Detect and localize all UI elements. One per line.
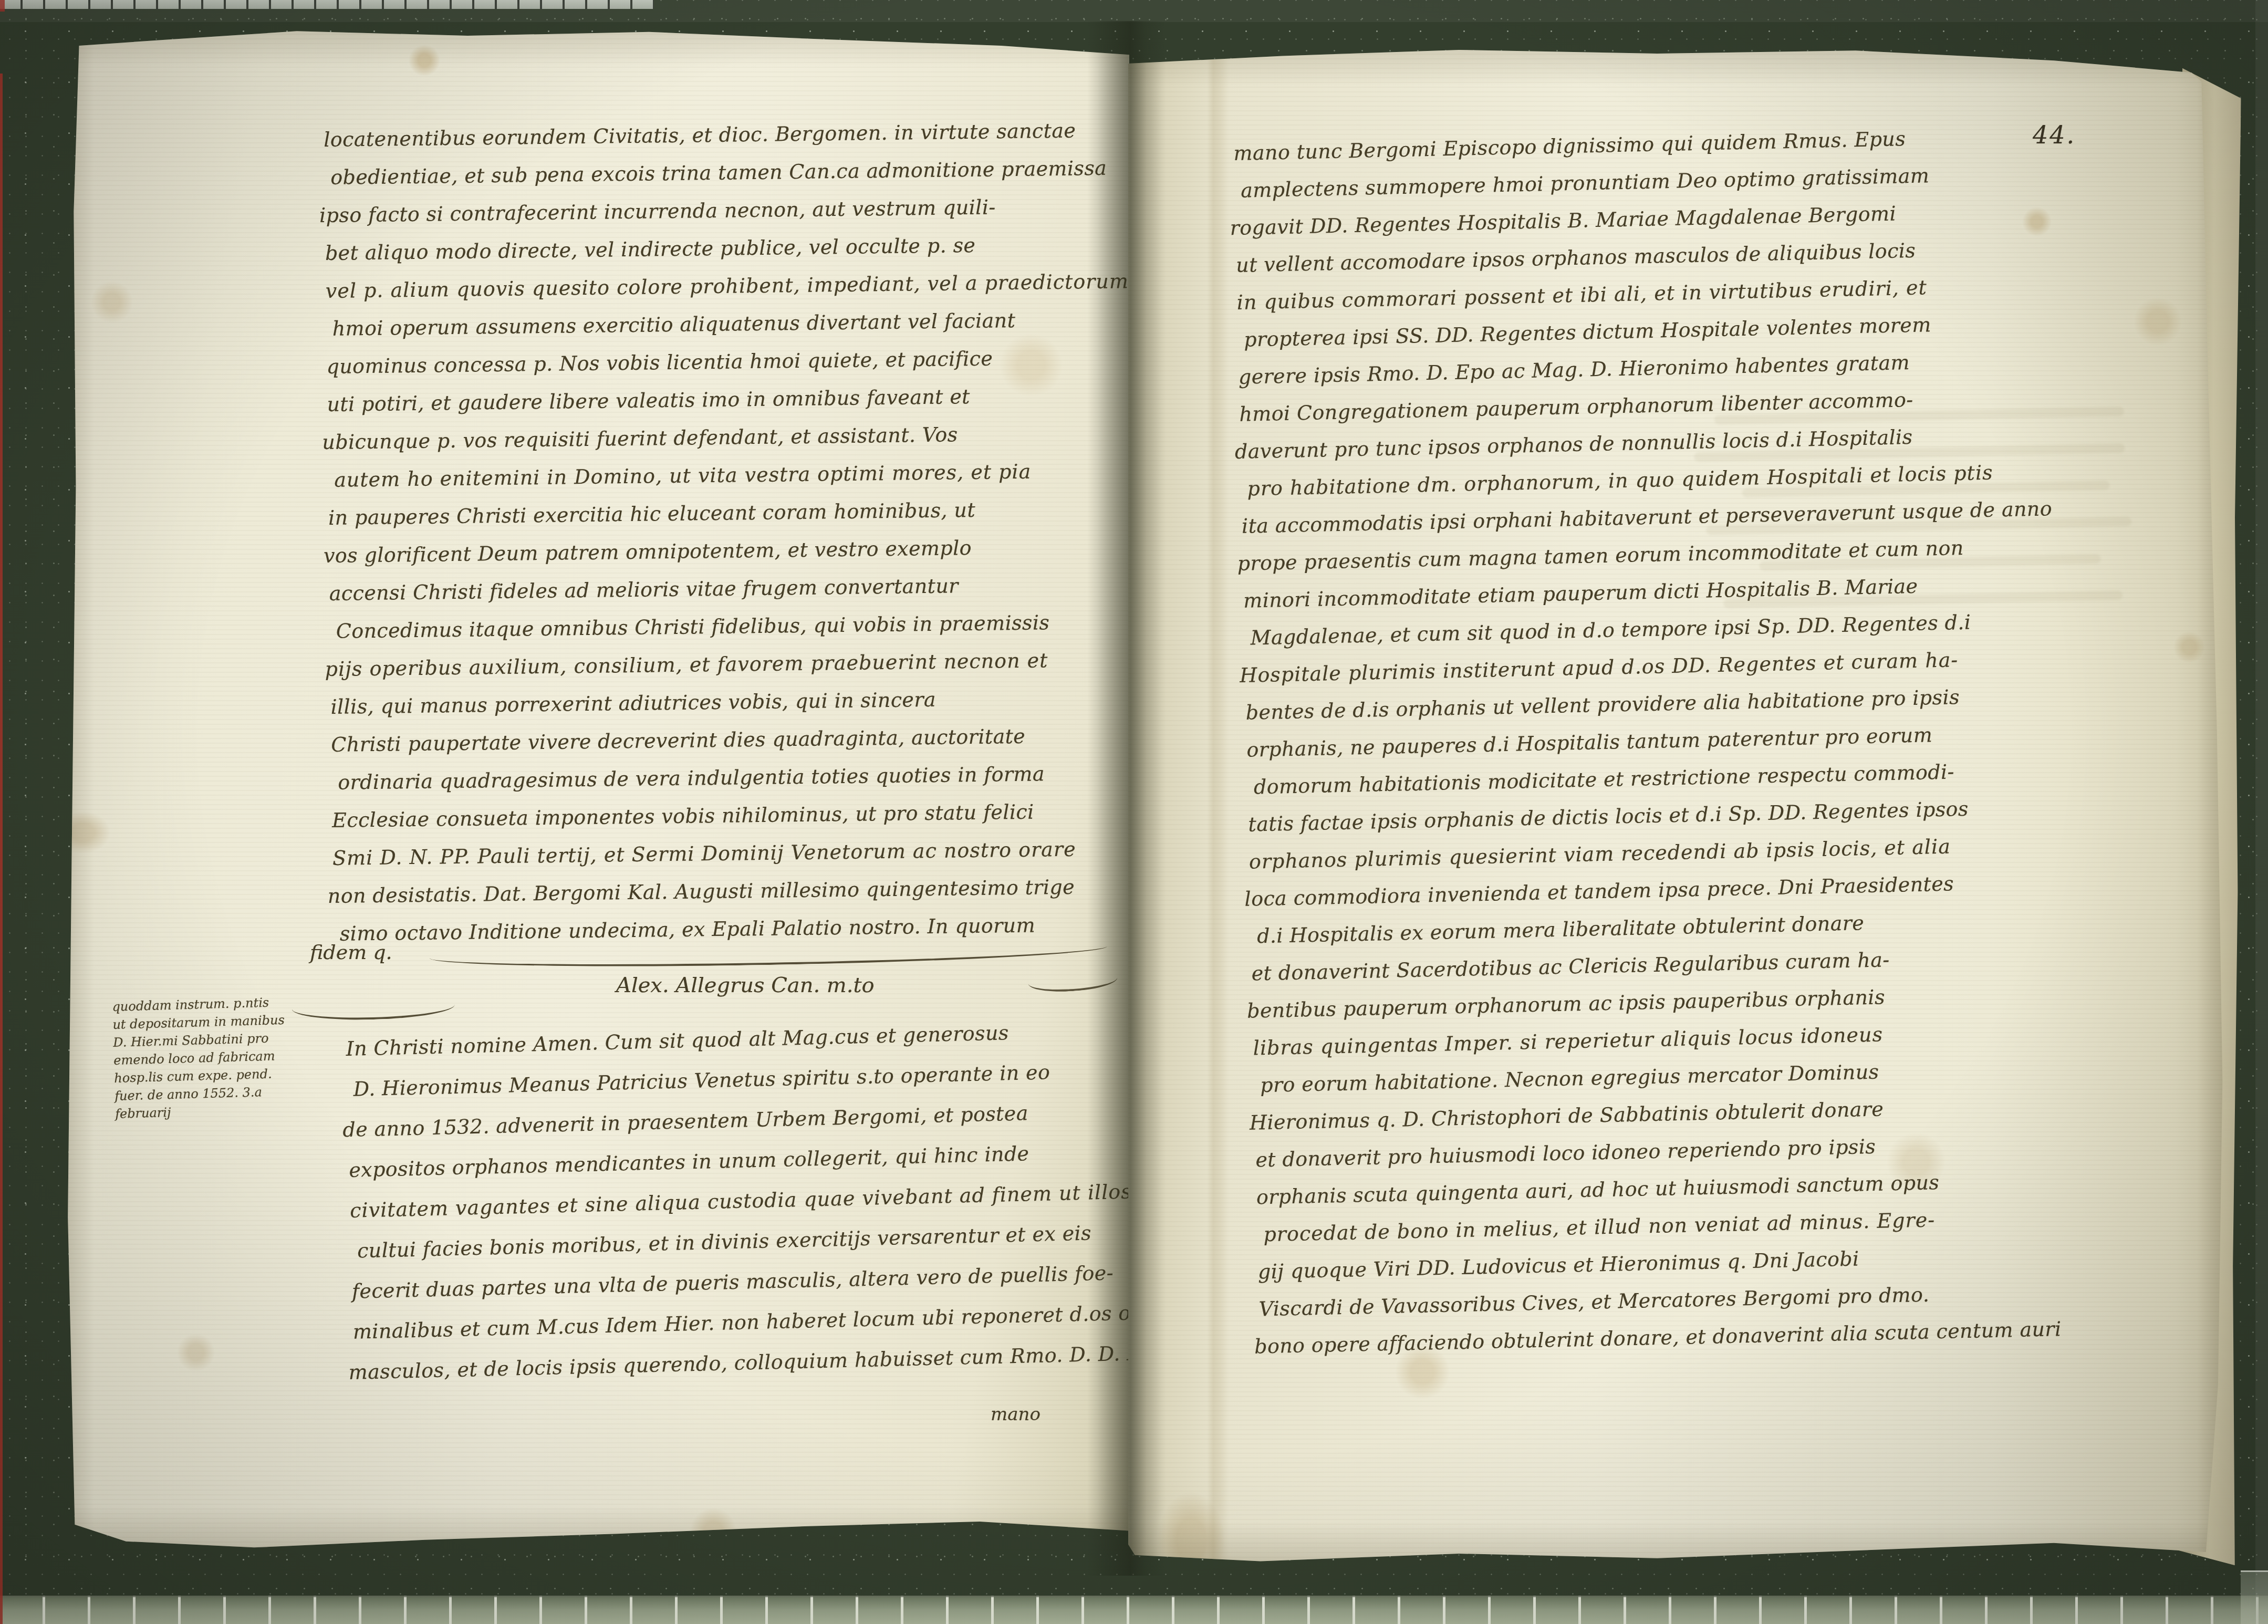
red-corner-mark [0, 0, 5, 12]
fidem-word: fidem q. [310, 941, 392, 964]
left-text-block-2: In Christi nomine Amen. Cum sit quod alt… [346, 1012, 1254, 1398]
left-text-block-1: locatenentibus eorundem Civitatis, et di… [324, 115, 1137, 957]
catchword: mano [991, 1404, 1041, 1425]
left-page: quoddam instrum. p.ntisut depositarum in… [62, 29, 1129, 1552]
right-edge-light [2255, 0, 2268, 1624]
right-page: 44. mano tunc Bergomi Episcopo dignissim… [1128, 48, 2230, 1567]
bottom-ruler [0, 1596, 2268, 1624]
manuscript-photo: quoddam instrum. p.ntisut depositarum in… [0, 0, 2268, 1624]
top-ruler [0, 0, 654, 9]
signature-paraph [1028, 974, 1118, 994]
red-edge-strip [0, 74, 3, 1624]
notary-signature: Alex. Allegrus Can. m.to [616, 973, 875, 997]
right-text-block: mano tunc Bergomi Episcopo dignissimo qu… [1233, 121, 2071, 1369]
bottom-right-ruler-corner [2241, 1570, 2268, 1624]
